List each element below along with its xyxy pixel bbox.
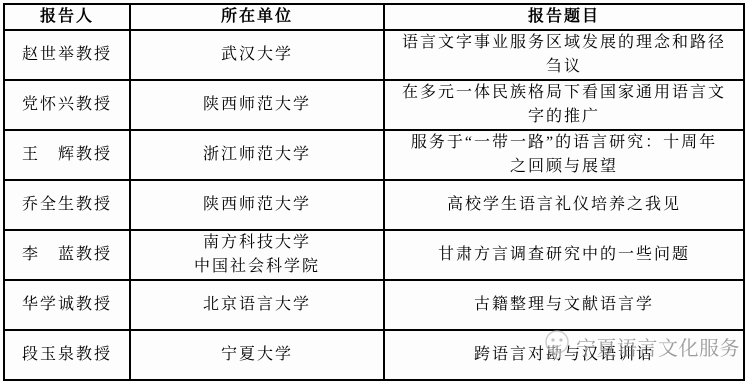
table-row: 段玉泉教授 宁夏大学 跨语言对勘与汉语训诂 <box>4 330 744 380</box>
speaker-cell: 王 辉教授 <box>4 130 130 180</box>
table-header-row: 报告人 所在单位 报告题目 <box>4 4 744 30</box>
affiliation-cell: 宁夏大学 <box>130 330 384 380</box>
table-row: 党怀兴教授 陕西师范大学 在多元一体民族格局下看国家通用语言文 字的推广 <box>4 80 744 130</box>
title-cell: 古籍整理与文献语言学 <box>384 280 744 330</box>
title-cell: 服务于“一带一路”的语言研究：十周年 之回顾与展望 <box>384 130 744 180</box>
col-header-affiliation: 所在单位 <box>130 4 384 30</box>
affiliation-cell: 陕西师范大学 <box>130 180 384 230</box>
title-cell: 跨语言对勘与汉语训诂 <box>384 330 744 380</box>
affiliation-cell: 北京语言大学 <box>130 280 384 330</box>
speaker-cell: 赵世举教授 <box>4 30 130 80</box>
table-row: 李 蓝教授 南方科技大学 中国社会科学院 甘肃方言调查研究中的一些问题 <box>4 230 744 280</box>
col-header-speaker: 报告人 <box>4 4 130 30</box>
affiliation-cell: 浙江师范大学 <box>130 130 384 180</box>
table-row: 赵世举教授 武汉大学 语言文字事业服务区域发展的理念和路径 刍议 <box>4 30 744 80</box>
speaker-table-page: 报告人 所在单位 报告题目 赵世举教授 武汉大学 语言文字事业服务区域发展的理念… <box>0 0 746 382</box>
title-cell: 高校学生语言礼仪培养之我见 <box>384 180 744 230</box>
speaker-report-table: 报告人 所在单位 报告题目 赵世举教授 武汉大学 语言文字事业服务区域发展的理念… <box>3 3 745 381</box>
affiliation-cell: 武汉大学 <box>130 30 384 80</box>
speaker-cell: 华学诚教授 <box>4 280 130 330</box>
speaker-cell: 李 蓝教授 <box>4 230 130 280</box>
speaker-cell: 党怀兴教授 <box>4 80 130 130</box>
table-row: 王 辉教授 浙江师范大学 服务于“一带一路”的语言研究：十周年 之回顾与展望 <box>4 130 744 180</box>
speaker-cell: 乔全生教授 <box>4 180 130 230</box>
table-row: 华学诚教授 北京语言大学 古籍整理与文献语言学 <box>4 280 744 330</box>
title-cell: 在多元一体民族格局下看国家通用语言文 字的推广 <box>384 80 744 130</box>
col-header-title: 报告题目 <box>384 4 744 30</box>
title-cell: 甘肃方言调查研究中的一些问题 <box>384 230 744 280</box>
table-row: 乔全生教授 陕西师范大学 高校学生语言礼仪培养之我见 <box>4 180 744 230</box>
title-cell: 语言文字事业服务区域发展的理念和路径 刍议 <box>384 30 744 80</box>
affiliation-cell: 南方科技大学 中国社会科学院 <box>130 230 384 280</box>
affiliation-cell: 陕西师范大学 <box>130 80 384 130</box>
speaker-cell: 段玉泉教授 <box>4 330 130 380</box>
